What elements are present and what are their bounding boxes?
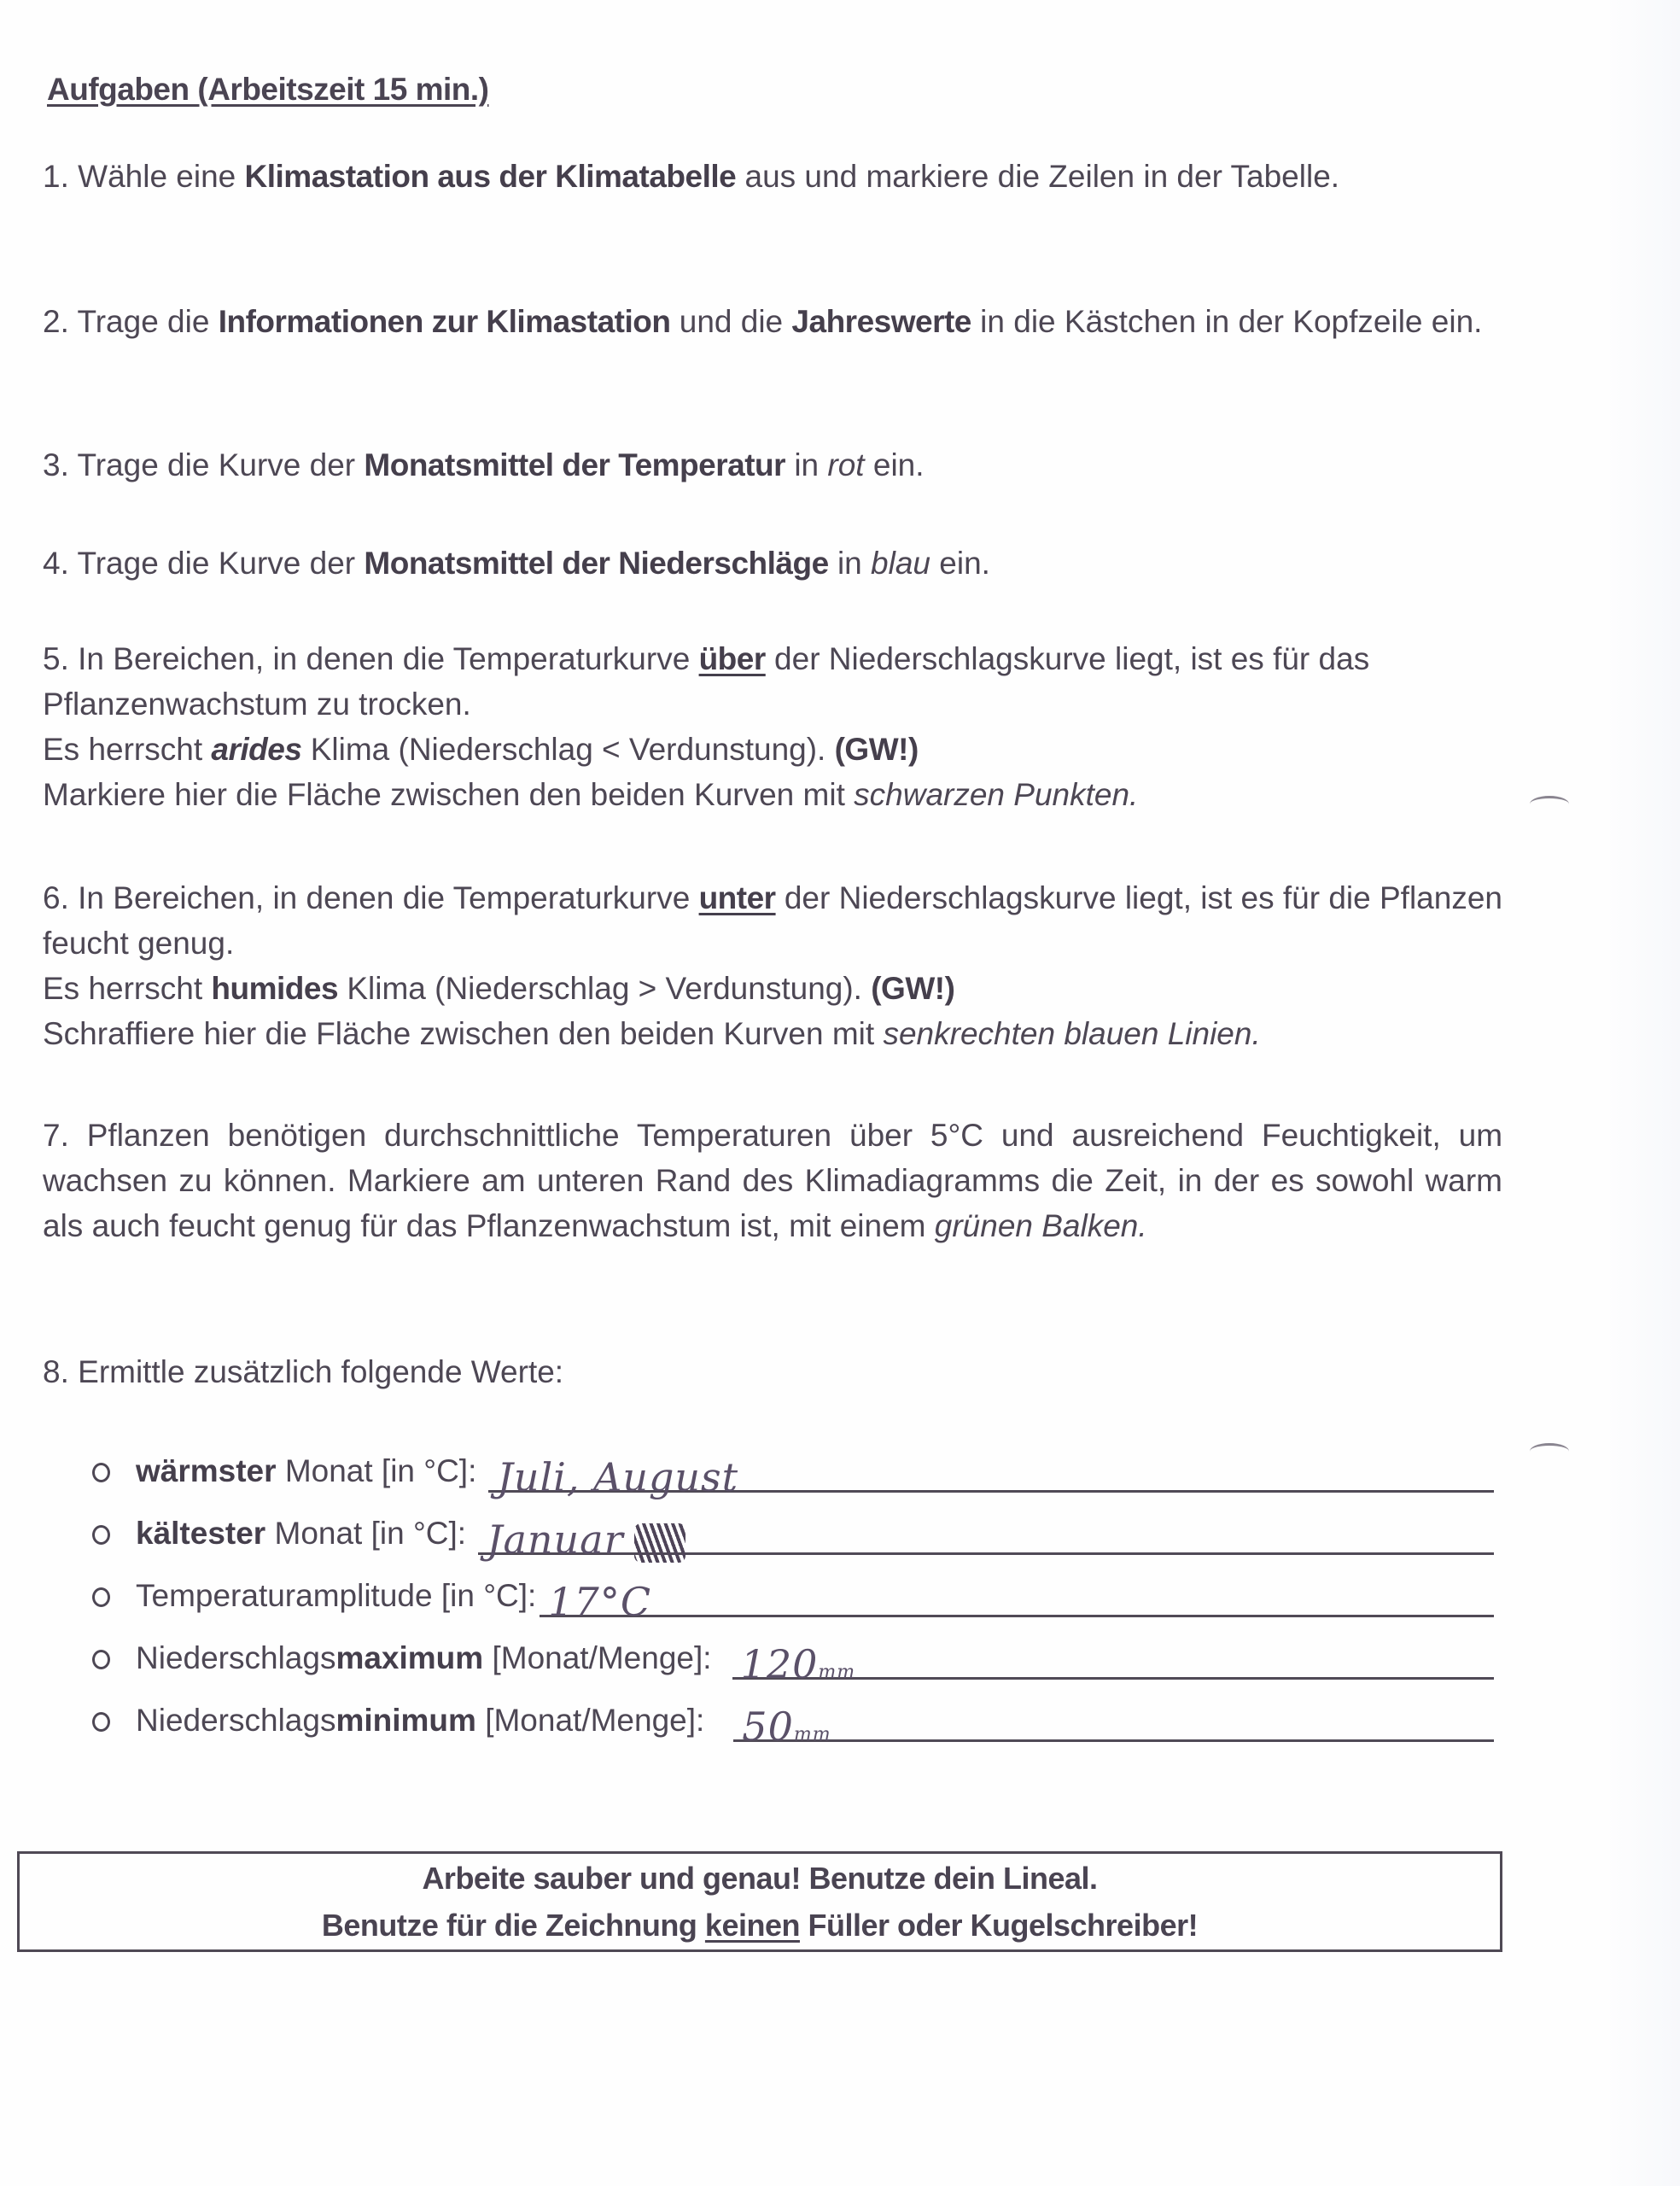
- value-row-precipitation-min: Niederschlagsminimum [Monat/Menge]: 50mm: [85, 1680, 1494, 1742]
- bullet-circle-icon: [92, 1587, 110, 1607]
- punch-hole-mark-icon: [1530, 796, 1569, 812]
- task-2: 2. Trage die Informationen zur Klimastat…: [43, 299, 1502, 344]
- value-row-warmest-month: wärmster Monat [in °C]: Juli, August: [85, 1430, 1494, 1493]
- page-title: Aufgaben (Arbeitszeit 15 min.): [47, 72, 488, 108]
- worksheet-page: Aufgaben (Arbeitszeit 15 min.) 1. Wähle …: [0, 0, 1680, 2186]
- task-1: 1. Wähle eine Klimastation aus der Klima…: [43, 154, 1502, 199]
- task-3: 3. Trage die Kurve der Monatsmittel der …: [43, 442, 925, 488]
- task-7: 7. Pflanzen benötigen durchschnittliche …: [43, 1113, 1502, 1248]
- precipitation-min-answer-field[interactable]: 50mm: [733, 1690, 1494, 1742]
- bullet-circle-icon: [92, 1525, 110, 1545]
- task-6: 6. In Bereichen, in denen die Temperatur…: [43, 875, 1502, 1056]
- bullet-circle-icon: [92, 1712, 110, 1732]
- coldest-month-answer-field[interactable]: Januar: [478, 1503, 1494, 1555]
- punch-hole-mark-icon: [1530, 1443, 1569, 1459]
- value-row-precipitation-max: Niederschlagsmaximum [Monat/Menge]: 120m…: [85, 1617, 1494, 1680]
- value-row-coldest-month: kältester Monat [in °C]: Januar: [85, 1493, 1494, 1555]
- task-4: 4. Trage die Kurve der Monatsmittel der …: [43, 541, 990, 586]
- value-row-temperature-amplitude: Temperaturamplitude [in °C]: 17°C: [85, 1555, 1494, 1617]
- task-5: 5. In Bereichen, in denen die Temperatur…: [43, 636, 1502, 817]
- task-8: 8. Ermittle zusätzlich folgende Werte:: [43, 1349, 563, 1394]
- warmest-month-answer-field[interactable]: Juli, August: [488, 1441, 1494, 1493]
- bullet-circle-icon: [92, 1650, 110, 1669]
- values-list: wärmster Monat [in °C]: Juli, August käl…: [85, 1430, 1494, 1742]
- bullet-circle-icon: [92, 1463, 110, 1482]
- notice-box: Arbeite sauber und genau! Benutze dein L…: [17, 1851, 1502, 1952]
- precipitation-max-answer-field[interactable]: 120mm: [732, 1628, 1494, 1680]
- scan-edge-shade: [1603, 0, 1680, 2186]
- temperature-amplitude-answer-field[interactable]: 17°C: [540, 1565, 1494, 1617]
